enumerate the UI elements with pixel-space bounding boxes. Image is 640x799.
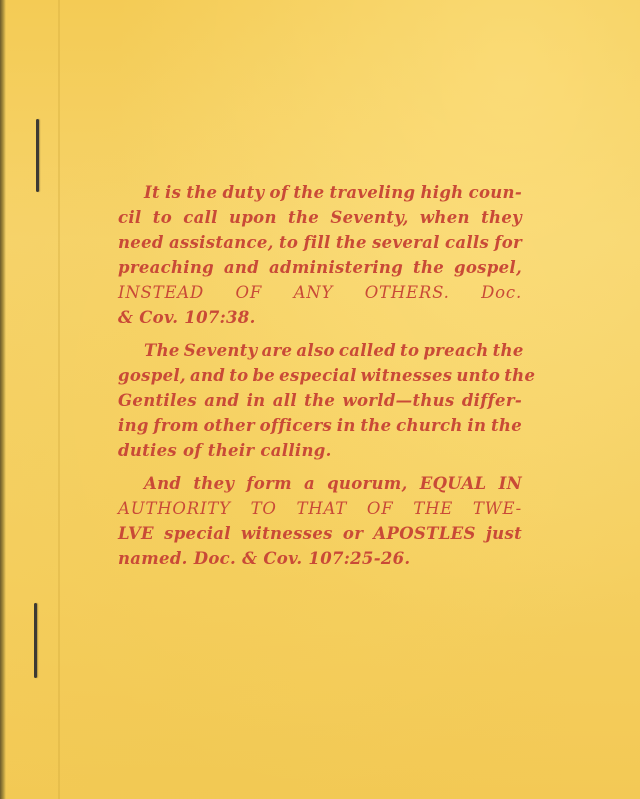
text-line: gospel, and to be especial witnesses unt…	[118, 363, 522, 388]
text-line: The Seventy are also called to preach th…	[118, 338, 522, 363]
text-line: Gentiles and in all the world—thus diffe…	[118, 388, 522, 413]
text-line: INSTEAD OF ANY OTHERS. Doc.	[118, 280, 522, 305]
text-line: AUTHORITY TO THAT OF THE TWE-	[118, 496, 522, 521]
scripture-text-block: It is the duty of the traveling high cou…	[118, 180, 522, 579]
text-line: duties of their calling.	[118, 438, 522, 463]
spine-fold-crease	[58, 0, 60, 799]
staple-top	[36, 119, 39, 192]
text-line: preaching and administering the gospel,	[118, 255, 522, 280]
text-line: LVE special witnesses or APOSTLES just	[118, 521, 522, 546]
text-line: It is the duty of the traveling high cou…	[118, 180, 522, 205]
booklet-spine	[0, 0, 6, 799]
text-line: need assistance, to fill the several cal…	[118, 230, 522, 255]
text-line: cil to call upon the Seventy, when they	[118, 205, 522, 230]
citation-line: named. Doc. & Cov. 107:25-26.	[118, 546, 522, 571]
paragraph-duty-of-high-council: It is the duty of the traveling high cou…	[118, 180, 522, 330]
paragraph-seventy-witnesses: The Seventy are also called to preach th…	[118, 338, 522, 463]
booklet-cover: It is the duty of the traveling high cou…	[0, 0, 640, 799]
citation-line: & Cov. 107:38.	[118, 305, 522, 330]
staple-bottom	[34, 603, 37, 678]
text-line: And they form a quorum, EQUAL IN	[118, 471, 522, 496]
paragraph-quorum-equal-authority: And they form a quorum, EQUAL IN AUTHORI…	[118, 471, 522, 571]
text-line: ing from other officers in the church in…	[118, 413, 522, 438]
